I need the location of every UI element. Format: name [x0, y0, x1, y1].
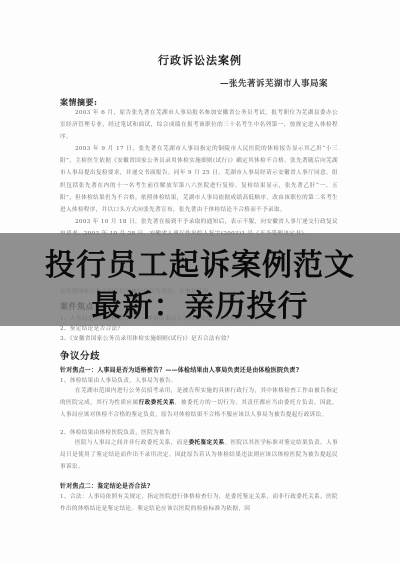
focus-one-point1-text: 在芜湖市范围内进行公务员招考录用，是被告所实施的具体行政行为，其中体格检查工作由…	[60, 385, 338, 422]
summary-paragraph-2: 2003 年 9 月 17 日，张先著在芜湖市人事局指定的铜陵市人民医院的体检报…	[60, 143, 338, 216]
document-subtitle: —张先著诉芜湖市人事局案	[220, 77, 360, 89]
document-page: 行政诉讼法案例 —张先著诉芜湖市人事局案 案情摘要: 2003 年 6 月，原告…	[0, 0, 400, 565]
focus-two-title: 针对焦点二：鉴定结论是否合法?	[60, 481, 151, 490]
focus-one-point2-text: 医院与人事局之间并非行政委托关系，而是委托鉴定关系。医院以其医学标准对鉴定结果负…	[60, 437, 338, 474]
banner-title-line-2: 最新：亲历投行	[0, 281, 400, 325]
case-focus-item-3: 3、《安徽省国家公务员录用体检实施细则(试行)》是否合法有效？	[60, 334, 233, 342]
document-title: 行政诉讼法案例	[158, 52, 278, 68]
focus-one-point2-label: 2、体检结果由体检医院负责，医院为被告	[60, 428, 171, 436]
bold-phrase: 委托鉴定关系	[189, 440, 225, 446]
bold-phrase: 行政委托关系	[139, 400, 175, 406]
focus-one-title: 针对焦点一：人事局是否为适格被告？——体检结果由人事局负责还是由体检医院负责?	[60, 365, 299, 374]
banner-title-line-1: 投行员工起诉案例范文	[0, 240, 400, 284]
title-banner-overlay: 投行员工起诉案例范文 最新：亲历投行	[0, 233, 400, 326]
disputes-heading: 争议分歧	[60, 348, 100, 362]
text-segment: 医院与人事局之间并非行政委托关系，而是	[75, 440, 189, 446]
focus-two-point1: 1、合法：人事局依照有关规定，指定医院进行体格检查行为，是委托鉴定关系，而非行政…	[60, 491, 338, 515]
focus-one-point1-label: 1、体检结果由人事局负责，人事局为被告。	[60, 376, 177, 384]
summary-paragraph-1: 2003 年 6 月，原告张先著在芜湖市人事局报名参加安徽省公务员考试，报考职位…	[60, 107, 338, 144]
